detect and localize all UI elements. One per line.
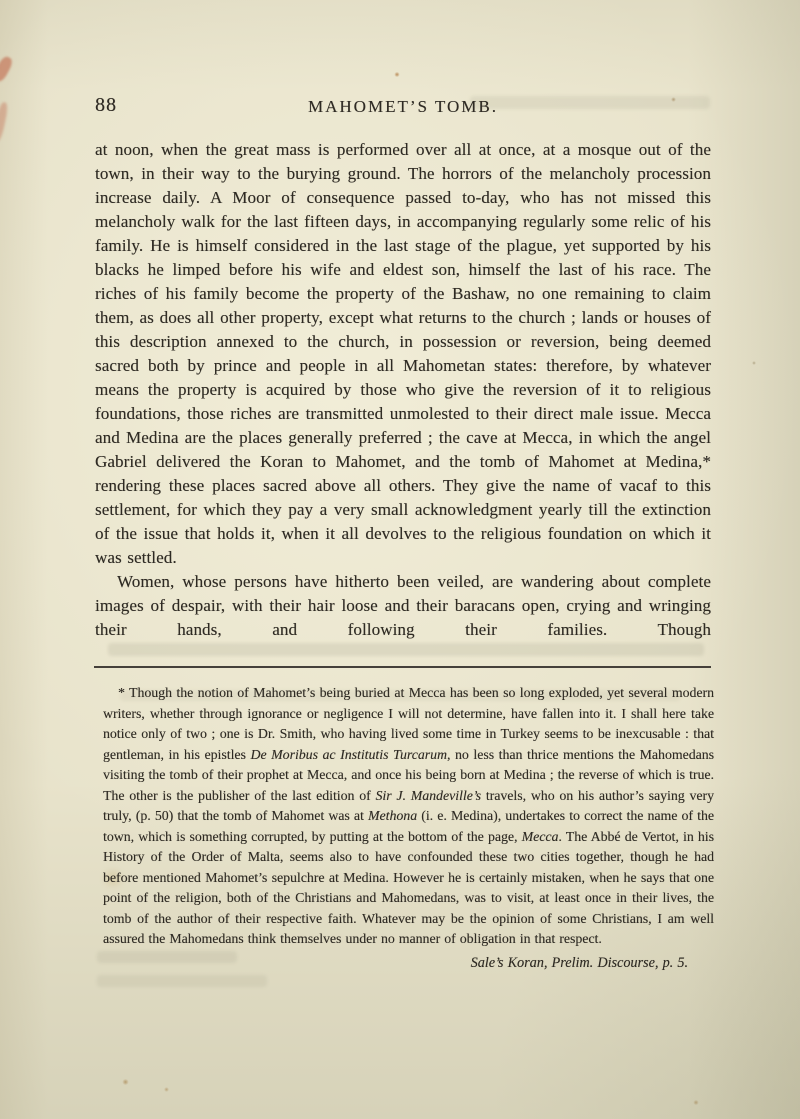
paragraph-women: Women, whose persons have hitherto been …	[95, 570, 711, 642]
body-text: at noon, when the great mass is performe…	[95, 138, 711, 642]
footnote-segment-italic: De Moribus ac Institutis Turcarum	[251, 747, 447, 762]
footnote: * Though the notion of Mahomet’s being b…	[103, 683, 714, 973]
footnote-segment: . The Abbé de Vertot, in his History of …	[103, 829, 714, 947]
footnote-citation: Sale’s Koran, Prelim. Discourse, p. 5.	[103, 953, 714, 974]
footnote-segment-italic: Sir J. Mandeville’s	[376, 788, 482, 803]
book-page: 88 MAHOMET’S TOMB. at noon, when the gre…	[0, 0, 800, 1119]
footnote-segment-italic: Mecca	[522, 829, 559, 844]
running-title: MAHOMET’S TOMB.	[95, 97, 711, 117]
footnote-text: * Though the notion of Mahomet’s being b…	[103, 683, 714, 950]
footnote-segment-italic: Methona	[368, 808, 417, 823]
paragraph-continuation: at noon, when the great mass is performe…	[95, 138, 711, 570]
footnote-divider-rule	[94, 666, 711, 668]
